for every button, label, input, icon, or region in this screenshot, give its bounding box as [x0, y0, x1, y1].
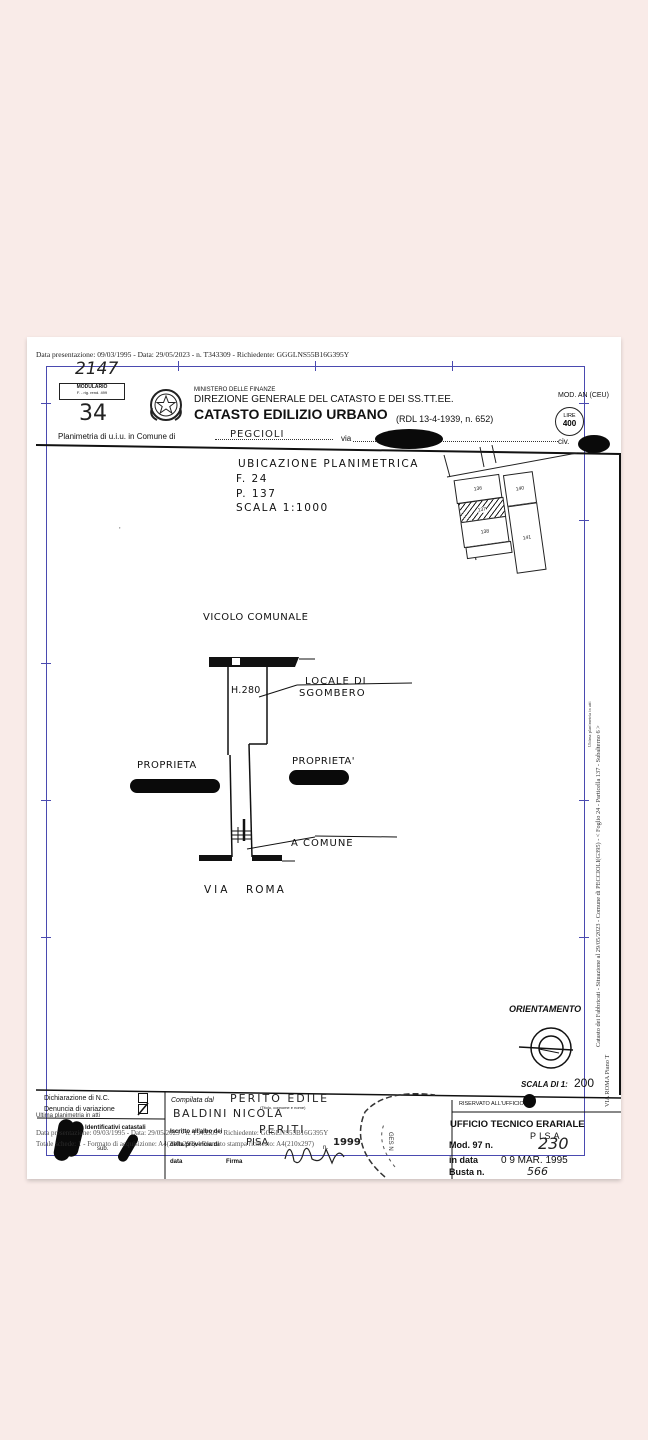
direction-label: DIREZIONE GENERALE DEL CATASTO E DEI SS.…: [194, 394, 454, 405]
handwritten-form-number: 34: [79, 401, 107, 426]
variation-label: Denuncia di variazione: [44, 1106, 115, 1113]
form-code: MOD. AN (CEU): [558, 392, 609, 399]
date-label: data: [170, 1159, 182, 1165]
room-label-line1: LOCALE DI: [305, 676, 367, 687]
cadastral-plan-document: Data presentazione: 09/03/1995 - Data: 2…: [27, 337, 621, 1179]
foglio-value: F. 24: [236, 473, 268, 485]
street-bottom-via: VIA: [204, 884, 230, 896]
redacted-right-owner: [289, 770, 349, 785]
law-reference: (RDL 13-4-1939, n. 652): [396, 414, 493, 424]
parcel-140: 140: [503, 471, 537, 507]
street-bottom-roma: ROMA: [246, 884, 286, 896]
in-date-label: in data: [449, 1155, 478, 1165]
compiled-by-label: Compilata dal: [171, 1097, 214, 1104]
envelope-label: Busta n.: [449, 1167, 485, 1177]
frame-right: [584, 366, 585, 1156]
mod97-value: 230: [538, 1134, 569, 1153]
last-plan-label: Ultima planimetria in atti: [36, 1113, 100, 1119]
redacted-left-owner: [130, 779, 220, 793]
location-title: UBICAZIONE PLANIMETRICA: [238, 458, 419, 470]
common-area-label: A COMUNE: [291, 838, 354, 849]
tax-stamp: LIRE 400: [555, 407, 584, 436]
handwritten-top-number: 2147: [75, 359, 118, 379]
right-neighbor-label: PROPRIETA': [292, 756, 355, 767]
side-cadastral-info: Catasto dei Fabbricati - Situazione al 2…: [595, 725, 602, 1047]
signature-label: Firma: [226, 1159, 242, 1165]
north-arrow-icon: [515, 1023, 575, 1073]
side-tiny-label: Ultima planimetria in atti: [587, 701, 592, 747]
overlay-format-line: Totale schede: 1 - Formato di acquisizio…: [36, 1140, 314, 1148]
envelope-value: 566: [527, 1165, 548, 1178]
republic-emblem-icon: [147, 386, 185, 424]
particella-value: P. 137: [236, 488, 276, 500]
left-neighbor-label: PROPRIETA: [137, 760, 197, 771]
frame-left: [46, 366, 47, 1156]
presentation-header: Data presentazione: 09/03/1995 - Data: 2…: [36, 350, 349, 359]
variation-checkbox[interactable]: [138, 1104, 148, 1114]
orientation-label: ORIENTAMENTO: [509, 1004, 581, 1014]
new-construction-label: Dichiarazione di N.C.: [44, 1095, 110, 1102]
office-stamp-mark: [523, 1094, 536, 1108]
official-stamp-seal: GES N: [345, 1087, 455, 1179]
surveyor-name: BALDINI NICOLA: [173, 1107, 284, 1120]
room-label-line2: SGOMBERO: [299, 688, 366, 699]
modulario-box: MODULARIO F. - rig. rend. 499: [59, 383, 125, 400]
document-title: CATASTO EDILIZIO URBANO: [194, 406, 388, 422]
overlay-presentation-line: Data presentazione: 09/03/1995 - Data: 2…: [36, 1129, 328, 1137]
mod97-label: Mod. 97 n.: [449, 1140, 493, 1150]
svg-text:GES N: GES N: [387, 1132, 393, 1151]
ministry-label: MINISTERO DELLE FINANZE: [194, 387, 275, 393]
compiled-by-value: PERITO EDILE: [230, 1092, 329, 1105]
office-name: UFFICIO TECNICO ERARIALE: [450, 1119, 585, 1130]
street-top-label: VICOLO COMUNALE: [203, 612, 308, 623]
height-label: H.280: [231, 685, 261, 696]
scale-value-location: SCALA 1:1000: [236, 502, 329, 514]
reserved-office-label: RISERVATO ALL'UFFICIO: [459, 1101, 524, 1107]
